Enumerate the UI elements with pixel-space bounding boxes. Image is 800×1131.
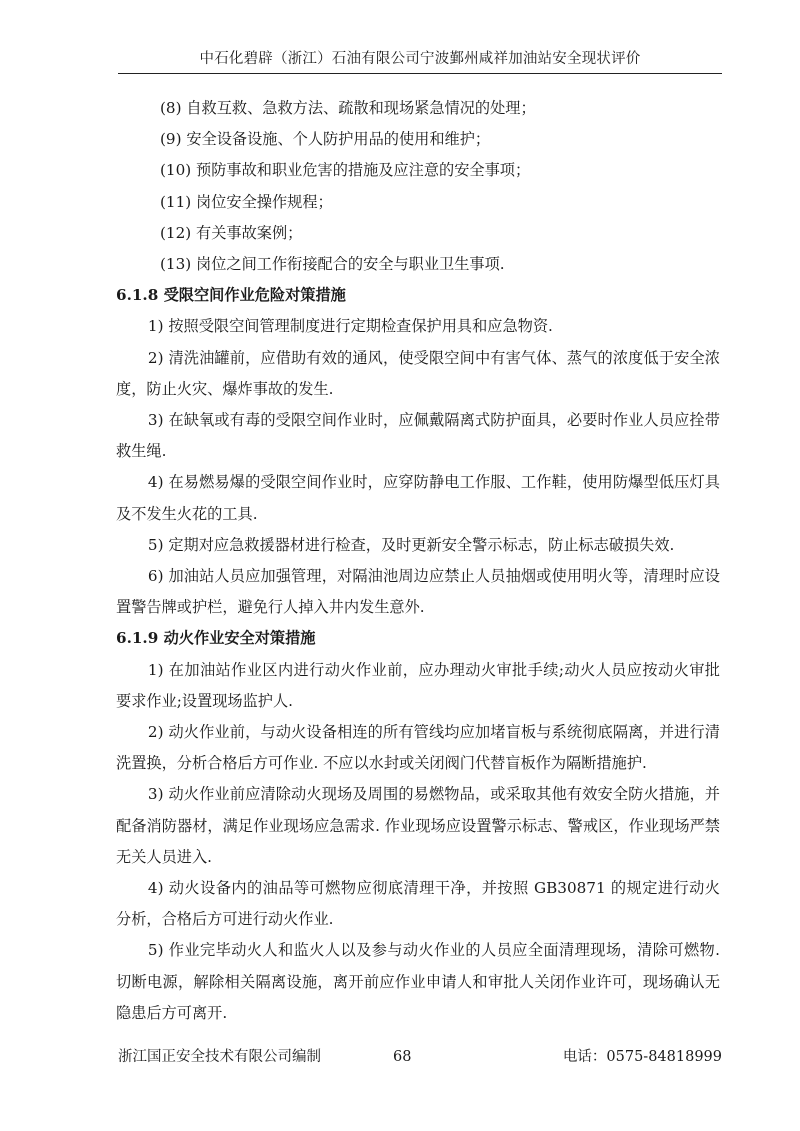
list-item: (8) 自救互救、急救方法、疏散和现场紧急情况的处理； (116, 93, 720, 124)
paragraph: 2) 清洗油罐前，应借助有效的通风，使受限空间中有害气体、蒸气的浓度低于安全浓度… (116, 343, 720, 405)
paragraph: 4) 在易燃易爆的受限空间作业时，应穿防静电工作服、工作鞋，使用防爆型低压灯具及… (116, 467, 720, 529)
document-body: (8) 自救互救、急救方法、疏散和现场紧急情况的处理； (9) 安全设备设施、个… (116, 93, 720, 1029)
footer-phone: 电话：0575-84818999 (563, 1045, 722, 1069)
paragraph: 6) 加油站人员应加强管理，对隔油池周边应禁止人员抽烟或使用明火等，清理时应设置… (116, 561, 720, 623)
list-item: (13) 岗位之间工作衔接配合的安全与职业卫生事项. (116, 249, 720, 280)
section-heading-6-1-9: 6.1.9 动火作业安全对策措施 (116, 623, 720, 654)
page-header-title: 中石化碧辟（浙江）石油有限公司宁波鄞州咸祥加油站安全现状评价 (118, 48, 722, 70)
paragraph: 2) 动火作业前，与动火设备相连的所有管线均应加堵盲板与系统彻底隔离，并进行清洗… (116, 717, 720, 779)
paragraph: 3) 动火作业前应清除动火现场及周围的易燃物品，或采取其他有效安全防火措施，并配… (116, 779, 720, 873)
list-item: (12) 有关事故案例； (116, 218, 720, 249)
page-footer: 浙江国正安全技术有限公司编制 68 电话：0575-84818999 (118, 1045, 722, 1069)
paragraph: 5) 作业完毕动火人和监火人以及参与动火作业的人员应全面清理现场，清除可燃物. … (116, 935, 720, 1029)
list-item: (9) 安全设备设施、个人防护用品的使用和维护； (116, 124, 720, 155)
paragraph: 1) 按照受限空间管理制度进行定期检查保护用具和应急物资. (116, 311, 720, 342)
paragraph: 5) 定期对应急救援器材进行检查，及时更新安全警示标志，防止标志破损失效. (116, 530, 720, 561)
footer-publisher: 浙江国正安全技术有限公司编制 (118, 1045, 321, 1069)
list-item: (10) 预防事故和职业危害的措施及应注意的安全事项； (116, 155, 720, 186)
paragraph: 4) 动火设备内的油品等可燃物应彻底清理干净，并按照 GB30871 的规定进行… (116, 873, 720, 935)
header-divider (118, 73, 722, 74)
page-number: 68 (393, 1045, 411, 1069)
paragraph: 1) 在加油站作业区内进行动火作业前，应办理动火审批手续;动火人员应按动火审批要… (116, 655, 720, 717)
list-item: (11) 岗位安全操作规程； (116, 187, 720, 218)
paragraph: 3) 在缺氧或有毒的受限空间作业时，应佩戴隔离式防护面具，必要时作业人员应拴带救… (116, 405, 720, 467)
section-heading-6-1-8: 6.1.8 受限空间作业危险对策措施 (116, 280, 720, 311)
